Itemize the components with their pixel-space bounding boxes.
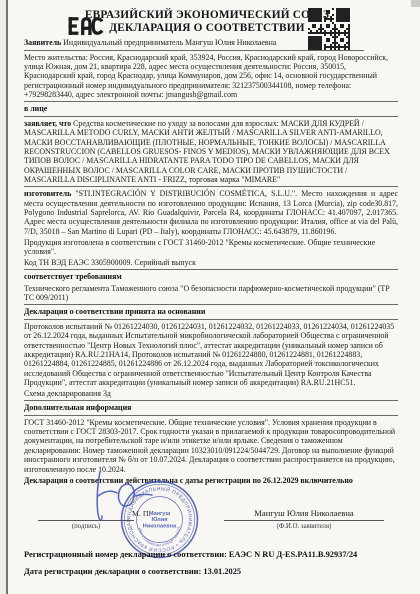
stamp-center-line3: Николаевна — [143, 523, 177, 529]
declares-label: заявляет, что — [24, 119, 71, 128]
scheme-line: Схема декларирования 3д — [24, 389, 398, 398]
reg-date-label: Дата регистрации декларации о соответств… — [24, 567, 201, 576]
applicant-label: Заявитель — [24, 38, 61, 47]
scan-artifact — [411, 0, 420, 7]
tnved-code-line: Код ТН ВЭД ЕАЭС 3305900009. Серийный вып… — [24, 258, 398, 267]
rule — [24, 101, 398, 102]
rule — [24, 319, 398, 320]
declaration-document-page: ЕВРАЗИЙСКИЙ ЭКОНОМИЧЕСКИЙ СОЮЗ ДЕКЛАРАЦИ… — [0, 0, 420, 594]
stamp-center-line1: Мангуш — [149, 511, 171, 517]
registration-footer: Регистрационный номер декларации о соотв… — [24, 550, 400, 583]
stamp-center-line2: Юлия — [151, 517, 167, 523]
signature-block: (подпись) М. П. Мангуш Юлия Николаевна (… — [24, 496, 398, 544]
round-stamp: ИНДИВИДУАЛЬНЫЙ ПРЕДПРИНИМАТЕЛЬ • РОССИЯ … — [120, 480, 199, 559]
rule — [24, 186, 398, 187]
manufacturer-text: "STI.INTEGRACIÓN Y DISTRIBUCIÓN COSMÉTIC… — [24, 189, 398, 235]
product-paragraph: заявляет, что Средства косметические по … — [24, 119, 398, 184]
additional-info-text: ГОСТ 31460-2012 "Кремы косметические. Об… — [24, 418, 398, 474]
in-person-label: в лице — [24, 104, 398, 114]
eac-logo-icon — [66, 12, 104, 40]
rule — [24, 304, 398, 305]
complies-text: Технического регламента Таможенного союз… — [24, 284, 398, 303]
registration-date-line: Дата регистрации декларации о соответств… — [24, 567, 400, 577]
rule — [24, 269, 398, 270]
applicant-address: Место жительства: Россия, Краснодарский … — [24, 53, 398, 100]
reg-number-value: ЕАЭС N RU Д-ES.PA11.B.92937/24 — [229, 550, 357, 559]
manufacturer-label: изготовитель — [24, 189, 71, 198]
rule — [24, 116, 398, 117]
reg-number-label: Регистрационный номер декларации о соотв… — [24, 550, 227, 559]
qr-code-icon — [308, 8, 350, 50]
validity-line: Декларация о соответствии действительна … — [24, 476, 398, 486]
fio-line — [224, 520, 384, 521]
registration-number-line: Регистрационный номер декларации о соотв… — [24, 550, 400, 560]
scan-fold-line — [6, 0, 8, 594]
rule — [24, 400, 398, 401]
additional-info-heading: Дополнительная информация — [24, 403, 398, 413]
rule — [24, 415, 398, 416]
complies-heading: соответствует требованиям — [24, 272, 398, 282]
made-accordance-text: Продукция изготовлена в соответствии с Г… — [24, 238, 398, 257]
document-header: ЕВРАЗИЙСКИЙ ЭКОНОМИЧЕСКИЙ СОЮЗ ДЕКЛАРАЦИ… — [64, 9, 350, 34]
applicant-fio: Мангуш Юлия Николаевна — [229, 508, 379, 518]
basis-text: Протоколов испытаний № 01261224030, 0126… — [24, 322, 398, 387]
basis-heading: Декларация о соответствии принята на осн… — [24, 307, 398, 317]
product-text: Средства косметические по уходу за волос… — [24, 119, 390, 184]
reg-date-value: 13.01.2025 — [203, 567, 241, 576]
manufacturer-paragraph: изготовитель "STI.INTEGRACIÓN Y DISTRIBU… — [24, 189, 398, 236]
fio-caption: (Ф.И.О. заявителя) — [224, 523, 384, 530]
